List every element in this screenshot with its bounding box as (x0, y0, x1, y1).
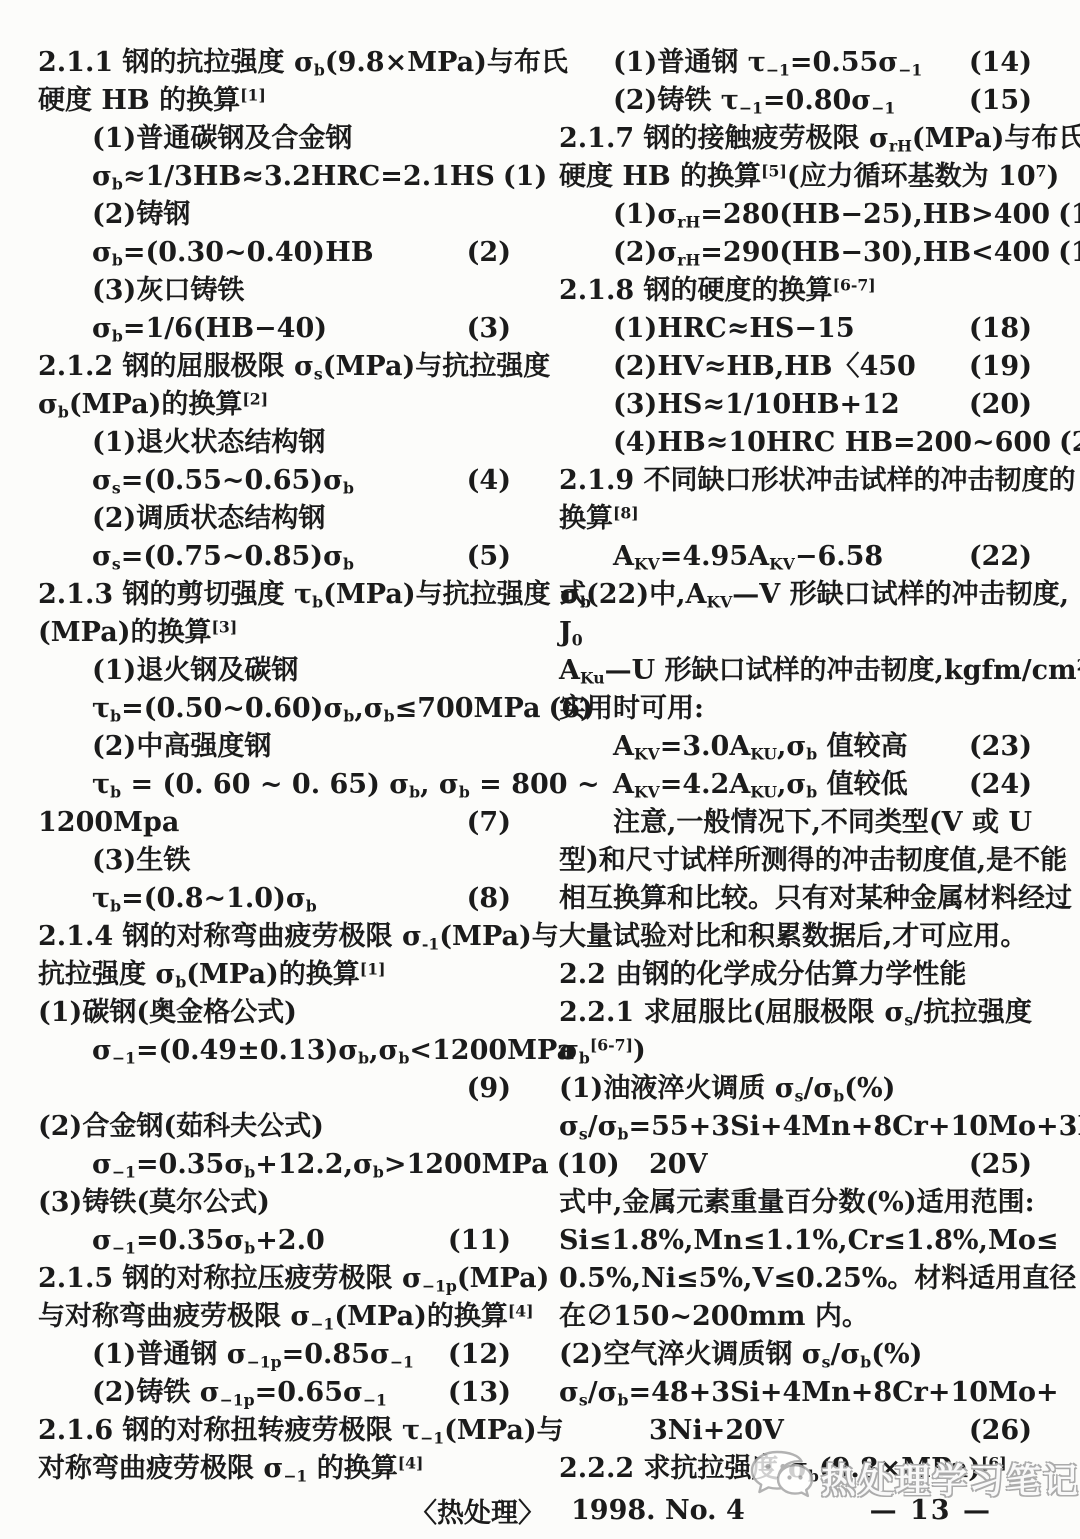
text-line: 式(22)中,AKV—V 形缺口试样的冲击韧度, (559, 576, 1032, 614)
text-line: τb = (0. 60 ~ 0. 65) σb, σb = 800 ~ (38, 766, 511, 804)
line-text: σ−1=0.35σb+2.0 (92, 1222, 325, 1260)
line-text: (3)灰口铸铁 (92, 275, 244, 306)
text-line: σb=1/6(HB−40)(3) (38, 310, 511, 348)
equation-number: (23) (961, 728, 1032, 766)
text-line: (3)灰口铸铁 (38, 272, 511, 310)
line-text: (2)中高强度钢 (92, 731, 271, 762)
line-text: AKV=4.95AKV−6.58 (613, 538, 883, 576)
line-text: 大量试验对比和积累数据后,才可应用。 (559, 921, 1027, 952)
text-line: σb(MPa)的换算[2] (38, 386, 511, 424)
text-line: τb=(0.50~0.60)σb,σb≤700MPa(6) (38, 690, 511, 728)
text-line: 对称弯曲疲劳极限 σ−1 的换算[4] (38, 1450, 511, 1488)
equation-number: (21) (1051, 424, 1080, 462)
text-line: σ−1=0.35σb+2.0(11) (38, 1222, 511, 1260)
text-line: 式中,金属元素重量百分数(%)适用范围: (559, 1184, 1032, 1222)
text-line: AKu—U 形缺口试样的冲击韧度,kgfm/cm2 (559, 652, 1032, 690)
text-line: AKV=4.2AKU,σb 值较低(24) (559, 766, 1032, 804)
text-line: τb=(0.8~1.0)σb(8) (38, 880, 511, 918)
line-text: σs=(0.75~0.85)σb (92, 538, 354, 576)
text-line: AKV=3.0AKU,σb 值较高(23) (559, 728, 1032, 766)
text-line: AKV=4.95AKV−6.58(22) (559, 538, 1032, 576)
text-line: σs/σb=48+3Si+4Mn+8Cr+10Mo+ (559, 1374, 1032, 1412)
right-column: (1)普通钢 τ−1=0.55σ−1(14)(2)铸铁 τ−1=0.80σ−1(… (559, 44, 1032, 1488)
text-line: (1)普通钢 τ−1=0.55σ−1(14) (559, 44, 1032, 82)
line-text: (2)调质状态结构钢 (92, 503, 325, 534)
line-text: (3)铸铁(莫尔公式) (38, 1187, 270, 1218)
line-text: 在∅150~200mm 内。 (559, 1301, 869, 1332)
line-text: 2.1.4 钢的对称弯曲疲劳极限 σ-1(MPa)与 (38, 921, 559, 952)
line-text: 式中,金属元素重量百分数(%)适用范围: (559, 1187, 1035, 1218)
line-text: 2.1.7 钢的接触疲劳极限 σrH(MPa)与布氏 (559, 123, 1080, 154)
line-text: (1)普通碳钢及合金钢 (92, 123, 352, 154)
line-text: τb=(0.8~1.0)σb (92, 880, 317, 918)
text-line: σb=(0.30~0.40)HB(2) (38, 234, 511, 272)
text-line: σs/σb=55+3Si+4Mn+8Cr+10Mo+3Ni+ (559, 1108, 1032, 1146)
text-line: (1)油液淬火调质 σs/σb(%) (559, 1070, 1032, 1108)
text-line: 相互换算和比较。只有对某种金属材料经过 (559, 880, 1032, 918)
text-line: σs=(0.55~0.65)σb(4) (38, 462, 511, 500)
line-text: 2.1.6 钢的对称扭转疲劳极限 τ−1(MPa)与 (38, 1415, 564, 1446)
line-text: 式(22)中,AKV—V 形缺口试样的冲击韧度, (559, 579, 1069, 610)
text-line: 实用时可用: (559, 690, 1032, 728)
equation-number: (12) (440, 1336, 511, 1374)
text-line: 2.1.2 钢的屈服极限 σs(MPa)与抗拉强度 (38, 348, 511, 386)
line-text: 2.1.8 钢的硬度的换算[6-7] (559, 275, 876, 306)
text-line: (1)HRC≈HS−15(18) (559, 310, 1032, 348)
text-line: Si≤1.8%,Mn≤1.1%,Cr≤1.8%,Mo≤ (559, 1222, 1032, 1260)
text-line: 硬度 HB 的换算[1] (38, 82, 511, 120)
text-line: 在∅150~200mm 内。 (559, 1298, 1032, 1336)
text-line: (4)HB≈10HRC HB=200~600(21) (559, 424, 1032, 462)
text-line: (MPa)的换算[3] (38, 614, 511, 652)
equation-number: (16) (1050, 196, 1080, 234)
text-line: J0 (559, 614, 1032, 652)
issue-label: 1998. No. 4 (571, 1495, 745, 1526)
line-text: 2.1.9 不同缺口形状冲击试样的冲击韧度的 (559, 465, 1076, 496)
equation-number: (8) (459, 880, 511, 918)
equation-number: (14) (961, 44, 1032, 82)
line-text: J0 (559, 617, 583, 648)
line-text: (2)铸铁 σ−1p=0.65σ−1 (92, 1374, 387, 1412)
text-line: (2)HV≈HB,HB〈450(19) (559, 348, 1032, 386)
text-line: (2)调质状态结构钢 (38, 500, 511, 538)
text-line: 2.1.9 不同缺口形状冲击试样的冲击韧度的 (559, 462, 1032, 500)
line-text: (2)铸钢 (92, 199, 190, 230)
line-text: 对称弯曲疲劳极限 σ−1 的换算[4] (38, 1453, 423, 1484)
text-line: 大量试验对比和积累数据后,才可应用。 (559, 918, 1032, 956)
line-text: 2.2 由钢的化学成分估算力学性能 (559, 959, 966, 990)
text-line: 1200Mpa(7) (38, 804, 511, 842)
line-text: (3)生铁 (92, 845, 190, 876)
equation-number: (13) (440, 1374, 511, 1412)
text-line: 2.2 由钢的化学成分估算力学性能 (559, 956, 1032, 994)
text-line: (3)生铁 (38, 842, 511, 880)
text-line: (2)铸铁 τ−1=0.80σ−1(15) (559, 82, 1032, 120)
equation-number: (24) (961, 766, 1032, 804)
text-line: (1)普通碳钢及合金钢 (38, 120, 511, 158)
watermark: 热处理学习笔记 (747, 1448, 1080, 1510)
journal-title: 〈热处理〉 (410, 1491, 545, 1530)
text-line: (1)碳钢(奥金格公式) (38, 994, 511, 1032)
line-text: σb[6-7]) (559, 1035, 646, 1066)
left-column: 2.1.1 钢的抗拉强度 σb(9.8×MPa)与布氏硬度 HB 的换算[1](… (38, 44, 511, 1488)
line-text: 相互换算和比较。只有对某种金属材料经过 (559, 883, 1072, 914)
line-text: σs/σb=48+3Si+4Mn+8Cr+10Mo+ (559, 1377, 1059, 1408)
text-line: 2.1.3 钢的剪切强度 τb(MPa)与抗拉强度 σb (38, 576, 511, 614)
text-line: 0.5%,Ni≤5%,V≤0.25%。材料适用直径 (559, 1260, 1032, 1298)
text-line: (1)退火状态结构钢 (38, 424, 511, 462)
line-text: (2)铸铁 τ−1=0.80σ−1 (613, 82, 895, 120)
text-line: 注意,一般情况下,不同类型(V 或 U (559, 804, 1032, 842)
line-text: 2.2.1 求屈服比(屈服极限 σs/抗拉强度 (559, 997, 1032, 1028)
line-text: (1)退火钢及碳钢 (92, 655, 298, 686)
line-text: 2.1.1 钢的抗拉强度 σb(9.8×MPa)与布氏 (38, 47, 568, 78)
line-text: 硬度 HB 的换算[5](应力循环基数为 107) (559, 161, 1059, 192)
equation-number: (7) (459, 804, 511, 842)
line-text: (2)空气淬火调质钢 σs/σb(%) (559, 1339, 922, 1370)
text-line: 换算[8] (559, 500, 1032, 538)
text-line: σ−1=0.35σb+12.2,σb>1200MPa(10) (38, 1146, 511, 1184)
text-line: σs=(0.75~0.85)σb(5) (38, 538, 511, 576)
equation-number: (19) (961, 348, 1032, 386)
equation-number: (2) (459, 234, 511, 272)
text-line: 硬度 HB 的换算[5](应力循环基数为 107) (559, 158, 1032, 196)
line-text: σs=(0.55~0.65)σb (92, 462, 354, 500)
line-text: σb=(0.30~0.40)HB (92, 234, 374, 272)
text-line: 2.1.8 钢的硬度的换算[6-7] (559, 272, 1032, 310)
line-text: AKu—U 形缺口试样的冲击韧度,kgfm/cm2 (559, 655, 1080, 686)
text-line: 与对称弯曲疲劳极限 σ−1(MPa)的换算[4] (38, 1298, 511, 1336)
line-text: (1)普通钢 τ−1=0.55σ−1 (613, 44, 922, 82)
equation-number: (25) (961, 1146, 1032, 1184)
text-line: σb≈1/3HB≈3.2HRC=2.1HS(1) (38, 158, 511, 196)
two-column-text-body: 2.1.1 钢的抗拉强度 σb(9.8×MPa)与布氏硬度 HB 的换算[1](… (38, 44, 1032, 1488)
line-text: (1)退火状态结构钢 (92, 427, 325, 458)
text-line: 2.1.6 钢的对称扭转疲劳极限 τ−1(MPa)与 (38, 1412, 511, 1450)
line-text: 20V (649, 1146, 708, 1184)
equation-number: (9) (459, 1070, 511, 1108)
line-text: σs/σb=55+3Si+4Mn+8Cr+10Mo+3Ni+ (559, 1111, 1080, 1142)
line-text: (2)合金钢(茹科夫公式) (38, 1111, 324, 1142)
text-line: 2.1.7 钢的接触疲劳极限 σrH(MPa)与布氏 (559, 120, 1032, 158)
text-line: (3)铸铁(莫尔公式) (38, 1184, 511, 1222)
equation-number: (3) (459, 310, 511, 348)
text-line: 2.1.5 钢的对称拉压疲劳极限 σ−1p(MPa) (38, 1260, 511, 1298)
text-line: (1)σrH=280(HB−25),HB>400(16) (559, 196, 1032, 234)
line-text: AKV=3.0AKU,σb 值较高 (613, 728, 908, 766)
text-line: 2.2.1 求屈服比(屈服极限 σs/抗拉强度 (559, 994, 1032, 1032)
equation-number: (22) (961, 538, 1032, 576)
equation-number: (20) (961, 386, 1032, 424)
line-text: (1)碳钢(奥金格公式) (38, 997, 297, 1028)
line-text: (1)HRC≈HS−15 (613, 310, 855, 348)
line-text: (1)油液淬火调质 σs/σb(%) (559, 1073, 895, 1104)
text-line: (3)HS≈1/10HB+12(20) (559, 386, 1032, 424)
line-text: 与对称弯曲疲劳极限 σ−1(MPa)的换算[4] (38, 1301, 534, 1332)
line-text: 1200Mpa (38, 804, 179, 842)
line-text: τb=(0.50~0.60)σb,σb≤700MPa (92, 690, 541, 728)
text-line: 2.1.4 钢的对称弯曲疲劳极限 σ-1(MPa)与 (38, 918, 511, 956)
text-line: (9) (38, 1070, 511, 1108)
text-line: (1)普通钢 σ−1p=0.85σ−1(12) (38, 1336, 511, 1374)
line-text: σb=1/6(HB−40) (92, 310, 327, 348)
text-line: (2)空气淬火调质钢 σs/σb(%) (559, 1336, 1032, 1374)
line-text: 硬度 HB 的换算[1] (38, 85, 266, 116)
line-text: 0.5%,Ni≤5%,V≤0.25%。材料适用直径 (559, 1263, 1076, 1294)
equation-number: (15) (961, 82, 1032, 120)
line-text: 抗拉强度 σb(MPa)的换算[1] (38, 959, 386, 990)
text-line: (1)退火钢及碳钢 (38, 652, 511, 690)
text-line: (2)铸铁 σ−1p=0.65σ−1(13) (38, 1374, 511, 1412)
line-text: (3)HS≈1/10HB+12 (613, 386, 900, 424)
text-line: 2.1.1 钢的抗拉强度 σb(9.8×MPa)与布氏 (38, 44, 511, 82)
wechat-icon (747, 1448, 817, 1510)
line-text: 2.1.3 钢的剪切强度 τb(MPa)与抗拉强度 σb (38, 579, 591, 610)
text-line: 20V(25) (559, 1146, 1032, 1184)
equation-number: (11) (440, 1222, 511, 1260)
line-text: 换算[8] (559, 503, 639, 534)
line-text: Si≤1.8%,Mn≤1.1%,Cr≤1.8%,Mo≤ (559, 1225, 1058, 1256)
equation-number: (5) (459, 538, 511, 576)
line-text: 3Ni+20V (649, 1412, 784, 1450)
text-line: σ−1=(0.49±0.13)σb,σb<1200MPa (38, 1032, 511, 1070)
line-text: (1)σrH=280(HB−25),HB>400 (613, 196, 1050, 234)
text-line: (2)合金钢(茹科夫公式) (38, 1108, 511, 1146)
line-text: σb(MPa)的换算[2] (38, 389, 268, 420)
text-line: σb[6-7]) (559, 1032, 1032, 1070)
text-line: 抗拉强度 σb(MPa)的换算[1] (38, 956, 511, 994)
document-page: 2.1.1 钢的抗拉强度 σb(9.8×MPa)与布氏硬度 HB 的换算[1](… (0, 0, 1080, 1539)
equation-number: (17) (1050, 234, 1080, 272)
line-text: 注意,一般情况下,不同类型(V 或 U (613, 807, 1032, 838)
line-text: (1)普通钢 σ−1p=0.85σ−1 (92, 1336, 414, 1374)
watermark-text: 热处理学习笔记 (821, 1454, 1080, 1504)
text-line: 3Ni+20V(26) (559, 1412, 1032, 1450)
line-text: (4)HB≈10HRC HB=200~600 (613, 424, 1051, 462)
equation-number: (18) (961, 310, 1032, 348)
equation-number: (1) (495, 158, 547, 196)
equation-number: (26) (961, 1412, 1032, 1450)
text-line: (2)铸钢 (38, 196, 511, 234)
line-text: (2)HV≈HB,HB〈450 (613, 348, 916, 386)
line-text: σb≈1/3HB≈3.2HRC=2.1HS (92, 158, 495, 196)
line-text: σ−1=0.35σb+12.2,σb>1200MPa (92, 1146, 549, 1184)
line-text: 型)和尺寸试样所测得的冲击韧度值,是不能 (559, 845, 1067, 876)
line-text: (MPa)的换算[3] (38, 617, 237, 648)
line-text: 2.1.5 钢的对称拉压疲劳极限 σ−1p(MPa) (38, 1263, 549, 1294)
line-text: AKV=4.2AKU,σb 值较低 (613, 766, 908, 804)
line-text: 实用时可用: (559, 693, 704, 724)
text-line: 型)和尺寸试样所测得的冲击韧度值,是不能 (559, 842, 1032, 880)
equation-number: (4) (459, 462, 511, 500)
line-text: τb = (0. 60 ~ 0. 65) σb, σb = 800 ~ (92, 769, 600, 800)
text-line: (2)中高强度钢 (38, 728, 511, 766)
line-text: σ−1=(0.49±0.13)σb,σb<1200MPa (92, 1035, 574, 1066)
text-line: (2)σrH=290(HB−30),HB<400(17) (559, 234, 1032, 272)
line-text: (2)σrH=290(HB−30),HB<400 (613, 234, 1050, 272)
line-text: 2.1.2 钢的屈服极限 σs(MPa)与抗拉强度 (38, 351, 550, 382)
